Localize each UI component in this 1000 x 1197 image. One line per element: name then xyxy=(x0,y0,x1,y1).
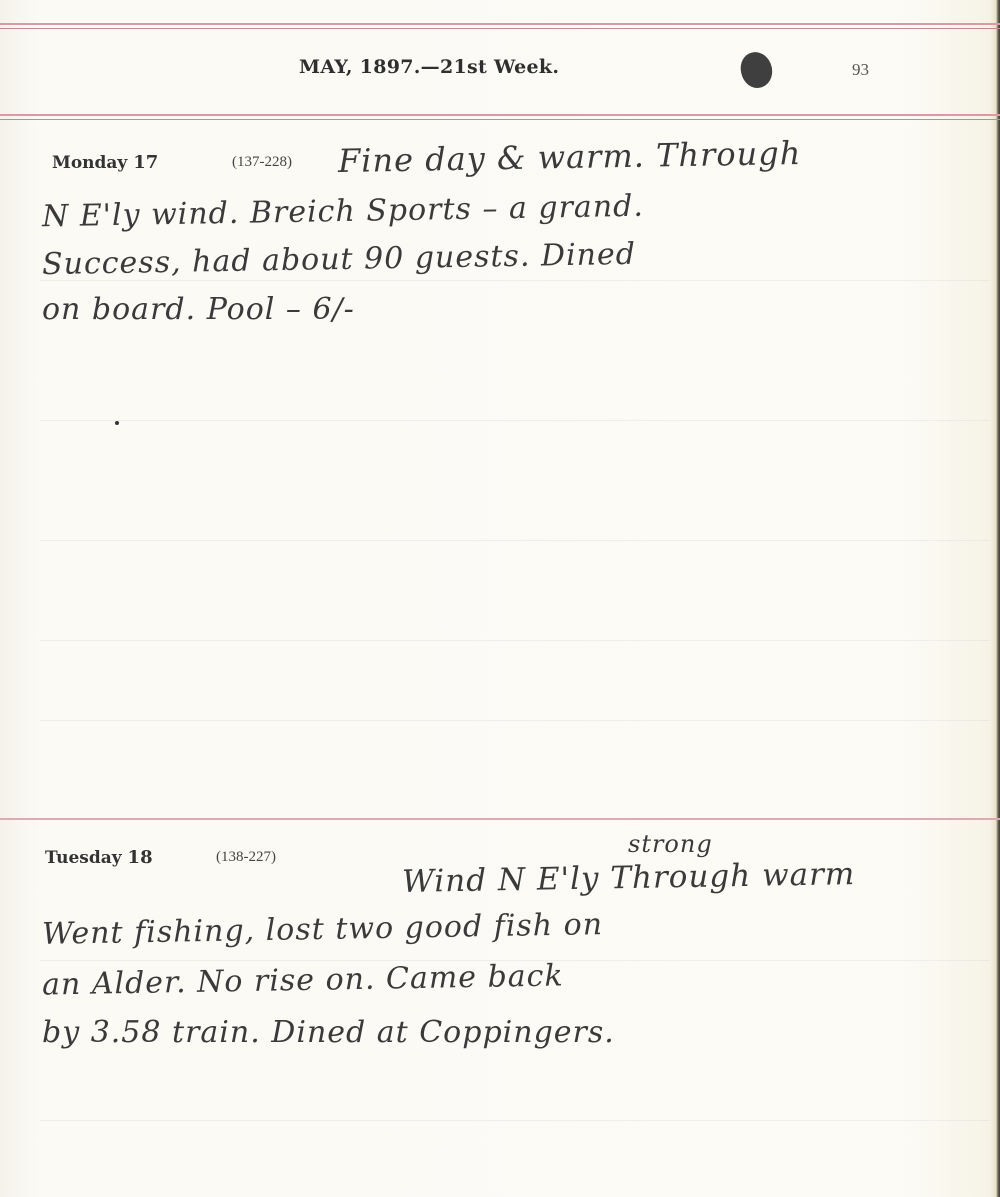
guide-line xyxy=(40,640,990,641)
diary-page: MAY, 1897.—21st Week. 93 Monday 17 (137-… xyxy=(0,0,1000,1197)
top-ruling-line xyxy=(0,23,1000,29)
page-header-title: MAY, 1897.—21st Week. xyxy=(299,56,559,78)
day-divider-line xyxy=(0,818,1000,820)
handwriting-line: N E'ly wind. Breich Sports – a grand. xyxy=(42,189,644,234)
ink-blot-icon xyxy=(738,49,776,91)
guide-line xyxy=(40,280,990,281)
day-date: 17 xyxy=(133,152,158,173)
day-label-monday: Monday 17 xyxy=(52,152,158,173)
day-count-tuesday: (138-227) xyxy=(216,849,276,866)
handwriting-line: an Alder. No rise on. Came back xyxy=(42,958,564,1002)
handwriting-line: on board. Pool – 6/- xyxy=(42,292,355,327)
handwriting-line: Success, had about 90 guests. Dined xyxy=(42,237,636,282)
guide-line xyxy=(40,1120,990,1121)
handwriting-line: Wind N E'ly Through warm xyxy=(402,856,856,900)
ink-speck xyxy=(115,421,119,425)
guide-line xyxy=(40,420,990,421)
guide-line xyxy=(40,720,990,721)
day-name: Monday xyxy=(52,153,127,173)
day-date: 18 xyxy=(128,847,153,868)
guide-line xyxy=(40,540,990,541)
handwriting-line: by 3.58 train. Dined at Coppingers. xyxy=(42,1015,615,1050)
header-ruling-line xyxy=(0,114,1000,120)
page-number: 93 xyxy=(852,60,869,80)
day-name: Tuesday xyxy=(45,848,122,868)
handwriting-line: Fine day & warm. Through xyxy=(338,134,802,180)
handwriting-line: Went fishing, lost two good fish on xyxy=(42,907,604,952)
handwriting-insertion: strong xyxy=(628,830,713,858)
day-label-tuesday: Tuesday 18 xyxy=(45,847,153,868)
day-count-monday: (137-228) xyxy=(232,154,292,171)
